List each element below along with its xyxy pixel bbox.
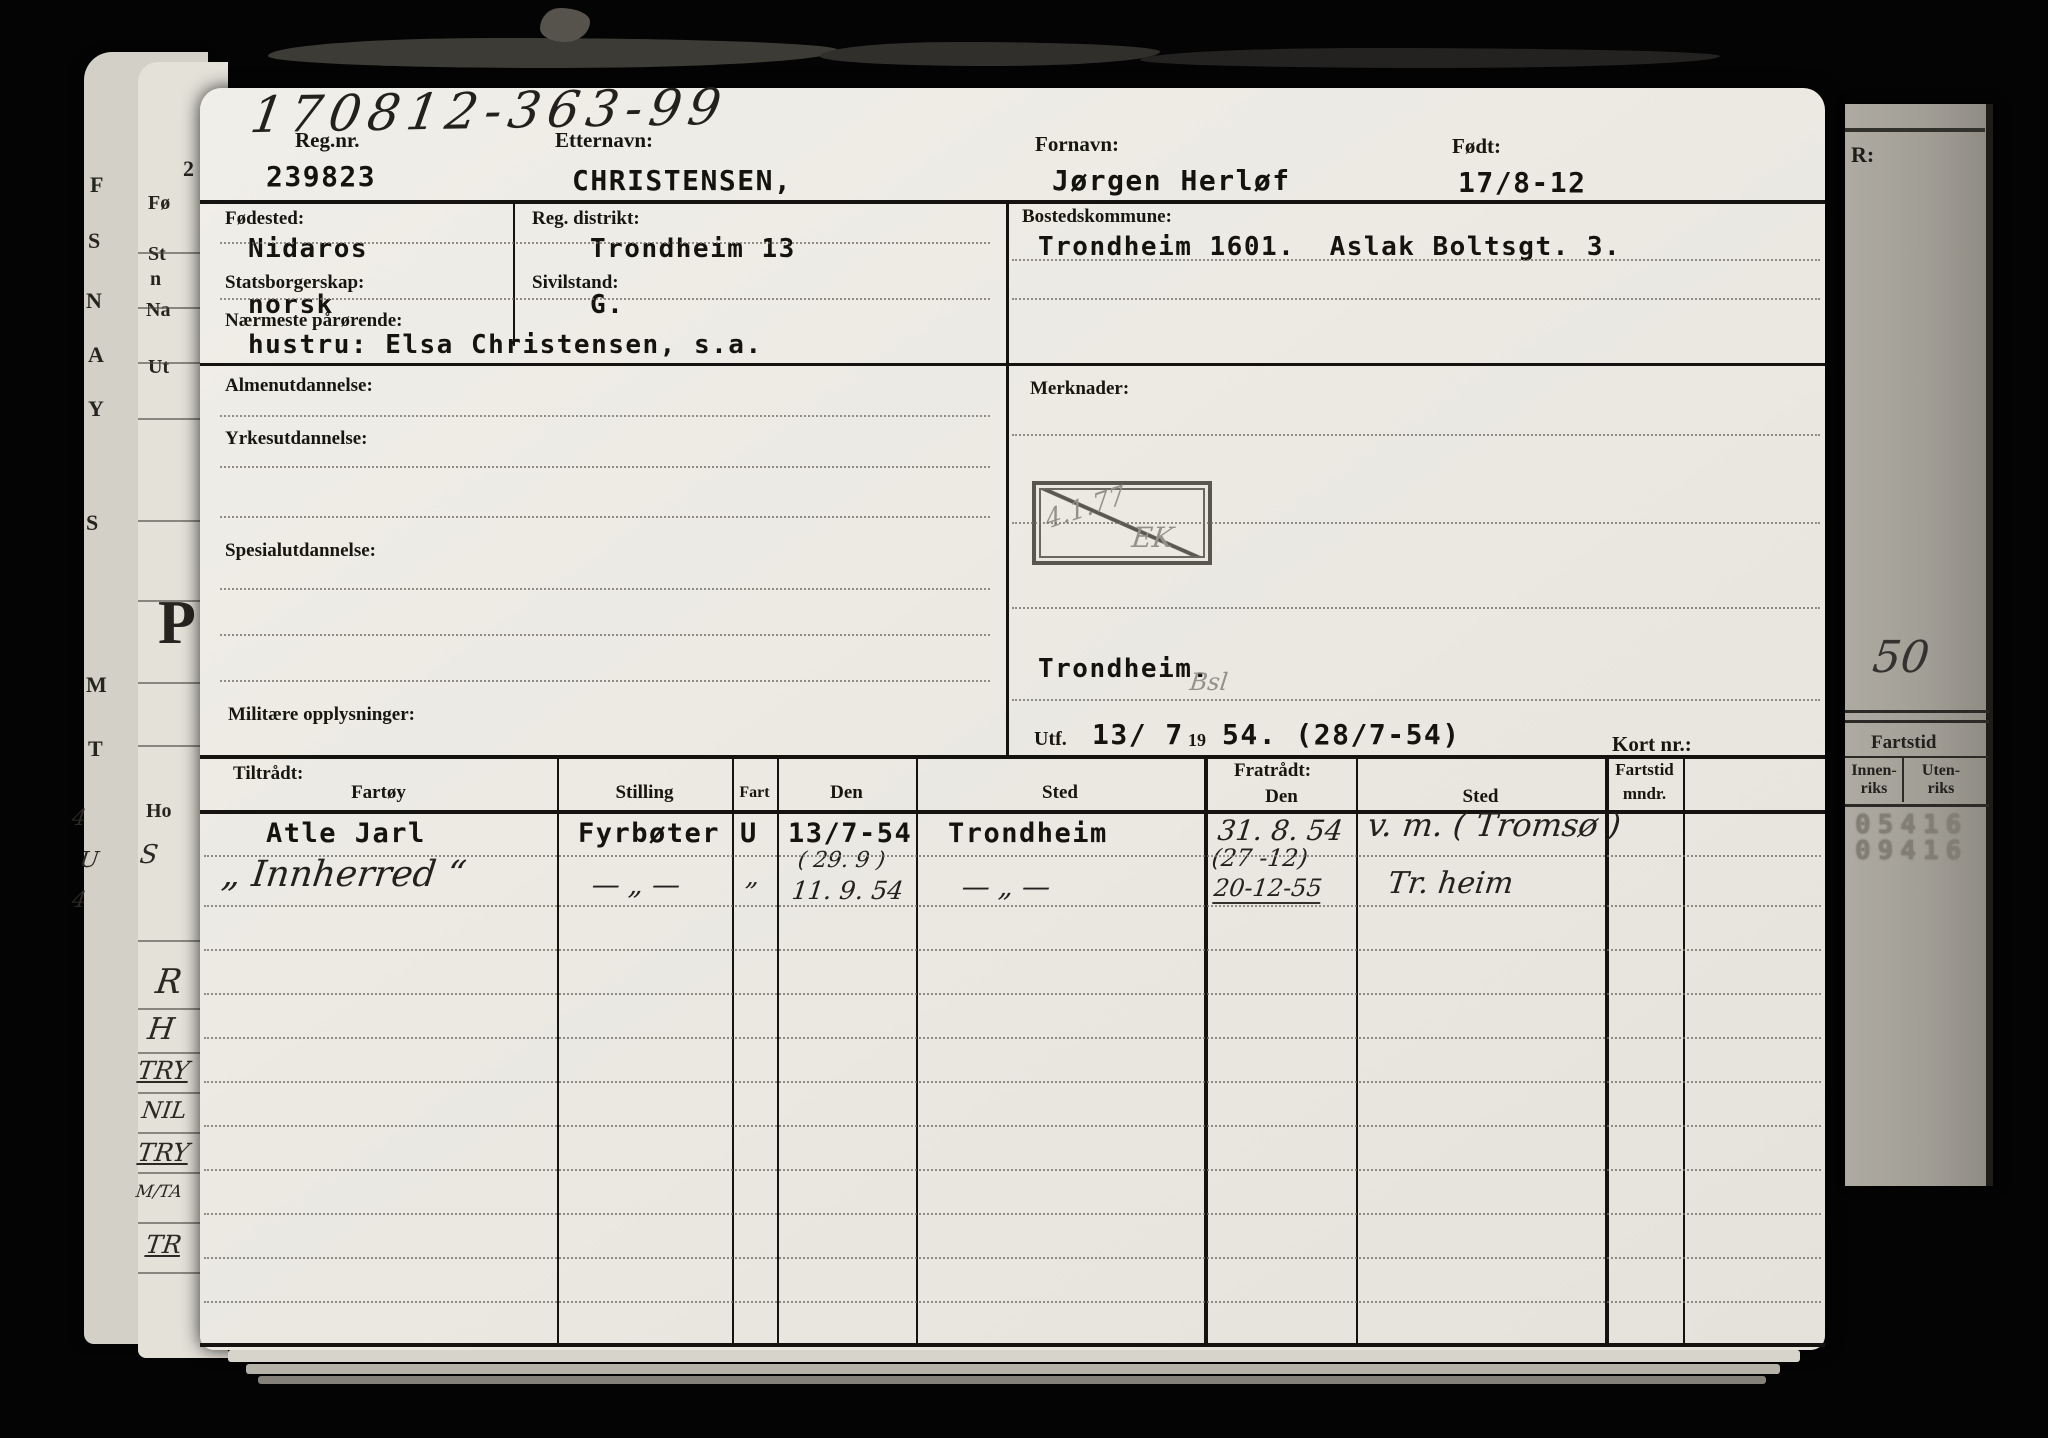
card-fragment: 2 xyxy=(183,156,194,182)
ruled-line xyxy=(1012,607,1820,609)
fodested-label: Fødested: xyxy=(225,208,304,230)
torn-paper-edge xyxy=(1140,48,1720,68)
card-fragment: S xyxy=(88,228,100,254)
ruled-line xyxy=(204,1213,1821,1215)
col-fartstid-header: Fartstid xyxy=(1606,760,1683,780)
row2-fart-handwriting: „ xyxy=(744,862,761,892)
card-fragment: S xyxy=(86,510,98,536)
pencil-initials: Bsl xyxy=(1188,668,1229,696)
card-fragment: P xyxy=(158,588,196,659)
stamp-date-handwriting: 4.1.77 xyxy=(1043,480,1127,535)
fornavn-label: Fornavn: xyxy=(1035,132,1119,157)
ruled-line xyxy=(220,634,990,636)
torn-paper-edge xyxy=(820,42,1160,66)
torn-paper-edge xyxy=(268,38,838,68)
almenutdannelse-label: Almenutdannelse: xyxy=(225,375,373,397)
reg-nr-value: 239823 xyxy=(266,160,376,193)
utf-rest-value: 54. (28/7-54) xyxy=(1222,718,1461,751)
card-edge xyxy=(246,1364,1780,1374)
underlying-card-right: R: 50 Fartstid Innen- riks Uten- riks 05… xyxy=(1845,104,1993,1186)
card-fragment: Ut xyxy=(148,356,169,379)
col-fart-header: Fart xyxy=(730,784,779,802)
ruled-line xyxy=(204,1169,1821,1171)
handwritten-fragment: NIL xyxy=(140,1098,188,1124)
bostedskommune-value: Trondheim 1601. Aslak Boltsgt. 3. xyxy=(1038,232,1621,262)
row1-fratradt-den-handwriting: 31. 8. 54 xyxy=(1216,814,1345,847)
ruled-line xyxy=(220,516,990,518)
card-edge xyxy=(228,1350,1800,1362)
column-divider xyxy=(1902,756,1904,802)
ruled-line xyxy=(1012,259,1820,261)
torn-paper-edge xyxy=(540,8,590,42)
card-fragment: Na xyxy=(146,299,170,322)
row1-fart: U xyxy=(740,818,758,849)
card-fragment: St xyxy=(148,243,166,266)
utf-daymonth-value: 13/ 7 xyxy=(1092,718,1184,751)
rule xyxy=(200,200,1825,204)
ruled-line xyxy=(1012,522,1820,524)
bostedskommune-label: Bostedskommune: xyxy=(1022,206,1172,228)
ruled-line xyxy=(204,905,1821,907)
fodt-value: 17/8-12 xyxy=(1458,166,1587,199)
col-den2-header: Den xyxy=(1207,786,1356,808)
row1-stilling: Fyrbøter xyxy=(578,818,720,849)
card-fragment: n xyxy=(150,268,161,291)
col-den-header: Den xyxy=(777,782,916,804)
etternavn-label: Etternavn: xyxy=(555,128,653,153)
ruled-line xyxy=(204,1125,1821,1127)
parorende-value: hustru: Elsa Christensen, s.a. xyxy=(248,330,763,360)
row2-den-handwriting: 11. 9. 54 xyxy=(790,876,905,905)
ruled-line xyxy=(220,242,990,244)
row1-fartoy: Atle Jarl xyxy=(266,818,426,849)
fornavn-value: Jørgen Herløf xyxy=(1052,164,1291,197)
card-fragment: Fø xyxy=(148,192,170,215)
rule xyxy=(1845,720,1989,723)
handwritten-fragment: M/TA xyxy=(135,1182,184,1202)
innenriks-header: Innen- riks xyxy=(1847,762,1901,798)
card-fragment: Ho xyxy=(146,800,172,823)
ruled-line xyxy=(220,588,990,590)
col-mndr-header: mndr. xyxy=(1606,784,1683,804)
row1-den: 13/7-54 xyxy=(788,818,912,849)
etternavn-value: CHRISTENSEN, xyxy=(572,164,792,197)
col-sted-header: Sted xyxy=(916,782,1204,804)
ruled-line xyxy=(204,1081,1821,1083)
kort-nr-label: Kort nr.: xyxy=(1612,732,1692,757)
merknader-sted-value: Trondheim. xyxy=(1038,654,1210,684)
utenriks-header: Uten- riks xyxy=(1911,762,1971,798)
ruled-line xyxy=(204,993,1821,995)
ruled-line xyxy=(204,855,1821,857)
sivilstand-value: G. xyxy=(590,290,624,320)
militaere-label: Militære opplysninger: xyxy=(228,704,415,726)
handwritten-fragment: TRY xyxy=(136,1138,191,1167)
ruled-line xyxy=(1012,699,1820,701)
col-fartoy-header: Fartøy xyxy=(200,782,557,804)
ruled-line xyxy=(204,1037,1821,1039)
rule xyxy=(1845,128,1985,132)
ruled-line xyxy=(220,298,990,300)
row2-fartoy-handwriting: „ Innherred “ xyxy=(219,854,468,895)
ruled-line xyxy=(220,680,990,682)
card-fragment: U xyxy=(78,848,100,873)
column-divider xyxy=(513,200,515,346)
reg-nr-label: Reg.nr. xyxy=(295,128,360,153)
center-divider xyxy=(1006,200,1009,755)
utf-century-print: 19 xyxy=(1188,730,1206,751)
card-fragment: Y xyxy=(88,396,104,422)
row2-fratradt-den-top-handwriting: (27 -12) xyxy=(1210,844,1309,872)
row1-sted: Trondheim xyxy=(948,818,1108,849)
reg-distrikt-value: Trondheim 13 xyxy=(590,234,796,264)
ruled-line xyxy=(220,415,990,417)
fartstid-header: Fartstid xyxy=(1871,732,1936,754)
ruled-line xyxy=(1012,434,1820,436)
card-bottom-rule xyxy=(200,1343,1825,1347)
row2-stilling-handwriting: — „ — xyxy=(590,868,682,901)
handwritten-fragment: TRY xyxy=(136,1056,191,1085)
rule xyxy=(1845,804,1989,807)
handwritten-fifty: 50 xyxy=(1870,632,1932,683)
parorende-label: Nærmeste pårørende: xyxy=(225,310,402,332)
card-edge xyxy=(258,1376,1766,1384)
ruled-line xyxy=(204,1301,1821,1303)
fodested-value: Nidaros xyxy=(248,234,368,264)
card-edge xyxy=(1986,104,1993,1186)
register-card: 170812-363-99 Reg.nr. Etternavn: Fornavn… xyxy=(200,88,1825,1350)
reg-distrikt-label: Reg. distrikt: xyxy=(532,208,640,230)
spesialutdannelse-label: Spesialutdannelse: xyxy=(225,540,376,562)
ruled-line xyxy=(204,949,1821,951)
row2-sted-handwriting: — „ — xyxy=(960,870,1052,903)
row2-fratradt-den-handwriting: 20-12-55 xyxy=(1212,874,1324,904)
utf-label: Utf. xyxy=(1034,728,1067,751)
fratradt-label: Fratrådt: xyxy=(1234,760,1311,782)
perforated-number: 09416 xyxy=(1855,836,1968,866)
handwritten-fragment: H xyxy=(146,1012,177,1047)
col-stilling-header: Stilling xyxy=(557,782,732,804)
card-fragment: F xyxy=(90,172,103,198)
row2-fratradt-sted-handwriting: Tr. heim xyxy=(1386,866,1516,901)
ruled-line xyxy=(204,1257,1821,1259)
rule xyxy=(1845,756,1989,758)
card-fragment: N xyxy=(86,288,102,314)
row1-fratradt-sted-handwriting: v. m. ( Tromsø ) xyxy=(1366,806,1623,844)
stamp-initials-handwriting: EK xyxy=(1130,521,1175,554)
rule xyxy=(1845,710,1989,713)
yrkesutdannelse-label: Yrkesutdannelse: xyxy=(225,428,368,450)
handwritten-fragment: TR xyxy=(144,1230,184,1259)
scanned-register-card-page: { "top_code": "170812-363-99", "header":… xyxy=(0,0,2048,1438)
fodt-label: Født: xyxy=(1452,134,1501,159)
card-fragment: M xyxy=(86,672,107,698)
ruled-line xyxy=(1012,298,1820,300)
card-fragment: T xyxy=(88,736,103,762)
rule xyxy=(200,363,1825,366)
card-fragment: A xyxy=(88,342,104,368)
handwritten-fragment: R xyxy=(153,962,184,1002)
table-top-rule xyxy=(200,755,1825,759)
col-sted2-header: Sted xyxy=(1356,786,1605,808)
row2-den-top-handwriting: ( 29. 9 ) xyxy=(796,848,886,873)
merknader-label: Merknader: xyxy=(1030,378,1129,400)
ruled-line xyxy=(220,466,990,468)
right-card-r-label: R: xyxy=(1851,142,1874,168)
